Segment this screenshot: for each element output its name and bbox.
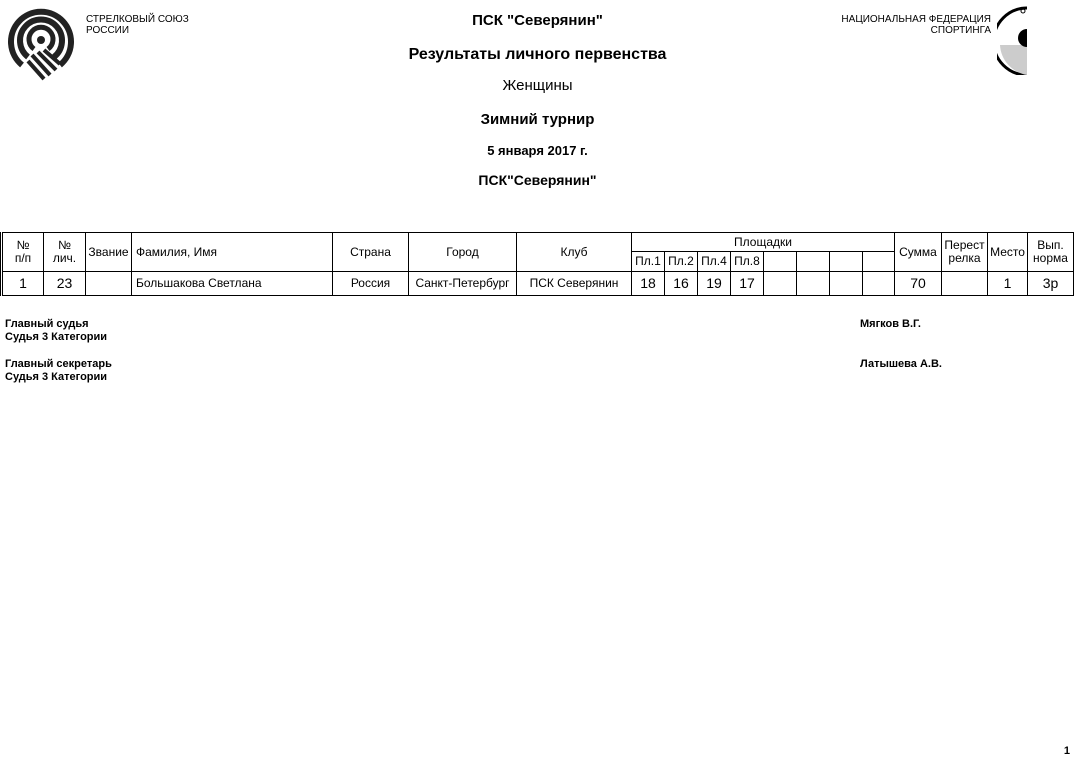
cell-station-2: 16 — [665, 272, 698, 296]
header-rank: Звание — [86, 233, 132, 272]
signature-chief-secretary: Главный секретарь Судья 3 Категории — [5, 358, 112, 384]
cell-station-7 — [830, 272, 863, 296]
header-stations-group: Площадки — [632, 233, 895, 252]
cell-station-8 — [863, 272, 895, 296]
cell-license: 23 — [44, 272, 86, 296]
header-num-line-2: п/п — [3, 252, 43, 265]
cell-club: ПСК Северянин — [517, 272, 632, 296]
category-title: Женщины — [0, 77, 1075, 94]
header-sum: Сумма — [895, 233, 942, 272]
cell-num: 1 — [2, 272, 44, 296]
header-station-8 — [863, 252, 895, 272]
signature-role: Главный секретарь — [5, 358, 112, 371]
results-table: № п/п № лич. Звание Фамилия, Имя Страна … — [0, 232, 1074, 296]
cell-station-6 — [797, 272, 830, 296]
cell-city: Санкт-Петербург — [409, 272, 517, 296]
cell-rank — [86, 272, 132, 296]
table-header-row: № п/п № лич. Звание Фамилия, Имя Страна … — [2, 233, 1074, 252]
event-date: 5 января 2017 г. — [0, 143, 1075, 158]
header-station-7 — [830, 252, 863, 272]
cell-place: 1 — [988, 272, 1028, 296]
tournament-title: Зимний турнир — [0, 111, 1075, 128]
cell-sum: 70 — [895, 272, 942, 296]
header-shootoff: Перест релка — [942, 233, 988, 272]
header-station-1: Пл.1 — [632, 252, 665, 272]
header-station-5 — [764, 252, 797, 272]
header-name: Фамилия, Имя — [132, 233, 333, 272]
signature-chief-judge: Главный судья Судья 3 Категории — [5, 318, 107, 344]
signature-chief-judge-name: Мягков В.Г. — [860, 318, 921, 331]
cell-station-4: 17 — [731, 272, 764, 296]
signature-category: Судья 3 Категории — [5, 331, 107, 344]
report-title: Результаты личного первенства — [0, 46, 1075, 64]
cell-station-1: 18 — [632, 272, 665, 296]
header-norm-line-2: норма — [1028, 252, 1073, 265]
cell-name: Большакова Светлана — [132, 272, 333, 296]
cell-station-3: 19 — [698, 272, 731, 296]
club-title: ПСК "Северянин" — [0, 12, 1075, 29]
signature-category: Судья 3 Категории — [5, 371, 112, 384]
header-shootoff-line-2: релка — [942, 252, 987, 265]
header-num: № п/п — [2, 233, 44, 272]
header-norm: Вып. норма — [1028, 233, 1074, 272]
header-station-3: Пл.4 — [698, 252, 731, 272]
header-station-2: Пл.2 — [665, 252, 698, 272]
signature-role: Главный судья — [5, 318, 107, 331]
cell-shootoff — [942, 272, 988, 296]
cell-norm: 3р — [1028, 272, 1074, 296]
table-row: 1 23 Большакова Светлана Россия Санкт-Пе… — [2, 272, 1074, 296]
cell-station-5 — [764, 272, 797, 296]
header-city: Город — [409, 233, 517, 272]
header-club: Клуб — [517, 233, 632, 272]
header-station-6 — [797, 252, 830, 272]
header-country: Страна — [333, 233, 409, 272]
event-venue: ПСК"Северянин" — [0, 172, 1075, 188]
header-station-4: Пл.8 — [731, 252, 764, 272]
signature-chief-secretary-name: Латышева А.В. — [860, 358, 942, 371]
header-license: № лич. — [44, 233, 86, 272]
cell-country: Россия — [333, 272, 409, 296]
page-number: 1 — [1064, 745, 1070, 757]
header-place: Место — [988, 233, 1028, 272]
header-license-line-2: лич. — [44, 252, 85, 265]
